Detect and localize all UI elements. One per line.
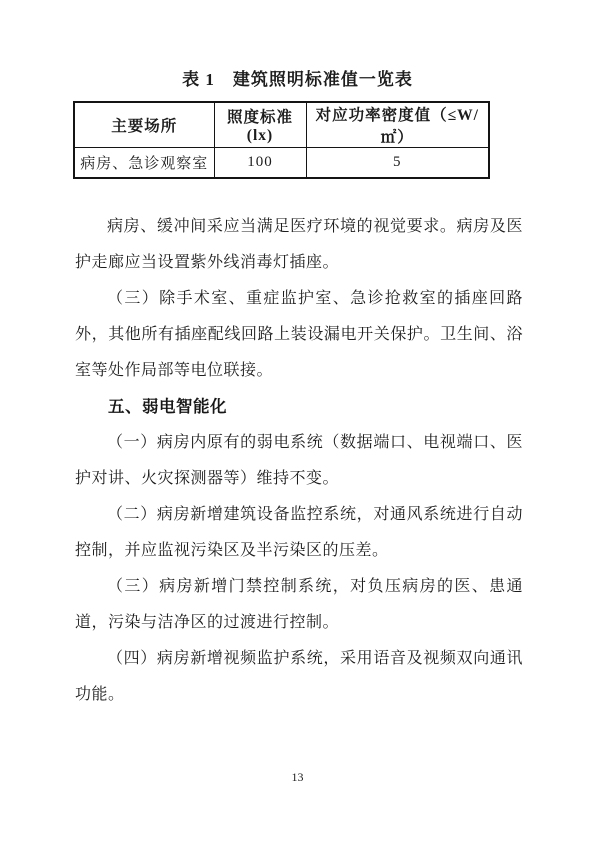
body-text: 病房、缓冲间采应当满足医疗环境的视觉要求。病房及医护走廊应当设置紫外线消毒灯插座… [75,209,523,713]
paragraph-access-control: （三）病房新增门禁控制系统，对负压病房的医、患通道，污染与洁净区的过渡进行控制。 [75,569,523,641]
table-header-row: 主要场所 照度标准(lx) 对应功率密度值（≤W/㎡） [74,102,489,148]
paragraph-video-monitoring: （四）病房新增视频监护系统，采用语音及视频双向通讯功能。 [75,641,523,713]
document-page: 表 1 建筑照明标准值一览表 主要场所 照度标准(lx) 对应功率密度值（≤W/… [0,0,595,841]
paragraph-ward-lighting: 病房、缓冲间采应当满足医疗环境的视觉要求。病房及医护走廊应当设置紫外线消毒灯插座… [75,209,523,281]
section-heading-weak-current: 五、弱电智能化 [75,389,523,425]
table-header-lux: 照度标准(lx) [214,102,306,148]
table-header-place: 主要场所 [74,102,214,148]
table-row: 病房、急诊观察室 100 5 [74,148,489,179]
table-header-power-density: 对应功率密度值（≤W/㎡） [306,102,489,148]
table-caption: 表 1 建筑照明标准值一览表 [0,0,595,90]
paragraph-existing-systems: （一）病房内原有的弱电系统（数据端口、电视端口、医护对讲、火灾探测器等）维持不变… [75,425,523,497]
paragraph-building-monitoring: （二）病房新增建筑设备监控系统，对通风系统进行自动控制，并应监视污染区及半污染区… [75,497,523,569]
page-number: 13 [0,770,595,785]
table-cell-place: 病房、急诊观察室 [74,148,214,179]
paragraph-socket-circuits: （三）除手术室、重症监护室、急诊抢救室的插座回路外，其他所有插座配线回路上装设漏… [75,281,523,389]
lighting-standards-table: 主要场所 照度标准(lx) 对应功率密度值（≤W/㎡） 病房、急诊观察室 100… [73,101,490,179]
table-cell-lux: 100 [214,148,306,179]
table-cell-power-density: 5 [306,148,489,179]
